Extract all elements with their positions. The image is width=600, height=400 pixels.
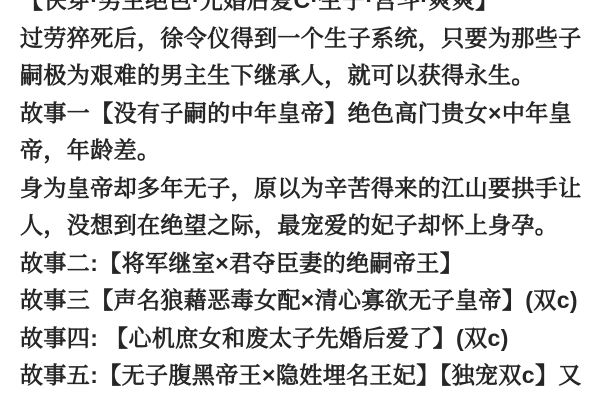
story-1-title-line: 故事一【没有子嗣的中年皇帝】绝色高门贵女×中年皇 [20, 95, 586, 133]
intro-line-2: 嗣极为艰难的男主生下继承人，就可以获得永生。 [20, 57, 586, 95]
story-5-title-line: 故事五:【无子腹黑帝王×隐姓埋名王妃】【独宠双c】又 [20, 357, 586, 395]
story-1-title-line-2: 帝，年龄差。 [20, 132, 586, 170]
novel-synopsis-page: 【快穿·男主绝色·先婚后爱C·生子·宫斗·爽爽】 过劳猝死后，徐令仪得到一个生子… [0, 0, 600, 400]
story-3-title-line: 故事三【声名狼藉恶毒女配×清心寡欲无子皇帝】(双c) [20, 282, 586, 320]
story-2-title-line: 故事二:【将军继室×君夺臣妻的绝嗣帝王】 [20, 245, 586, 283]
story-1-summary-line-2: 人，没想到在绝望之际，最宠爱的妃子却怀上身孕。 [20, 207, 586, 245]
tag-line-clipped: 【快穿·男主绝色·先婚后爱C·生子·宫斗·爽爽】 [20, 0, 586, 20]
story-4-title-line: 故事四: 【心机庶女和废太子先婚后爱了】(双c) [20, 320, 586, 358]
synopsis-text-block: 【快穿·男主绝色·先婚后爱C·生子·宫斗·爽爽】 过劳猝死后，徐令仪得到一个生子… [0, 0, 600, 395]
story-1-summary-line-1: 身为皇帝却多年无子，原以为辛苦得来的江山要拱手让 [20, 170, 586, 208]
intro-line-1: 过劳猝死后，徐令仪得到一个生子系统，只要为那些子 [20, 20, 586, 58]
